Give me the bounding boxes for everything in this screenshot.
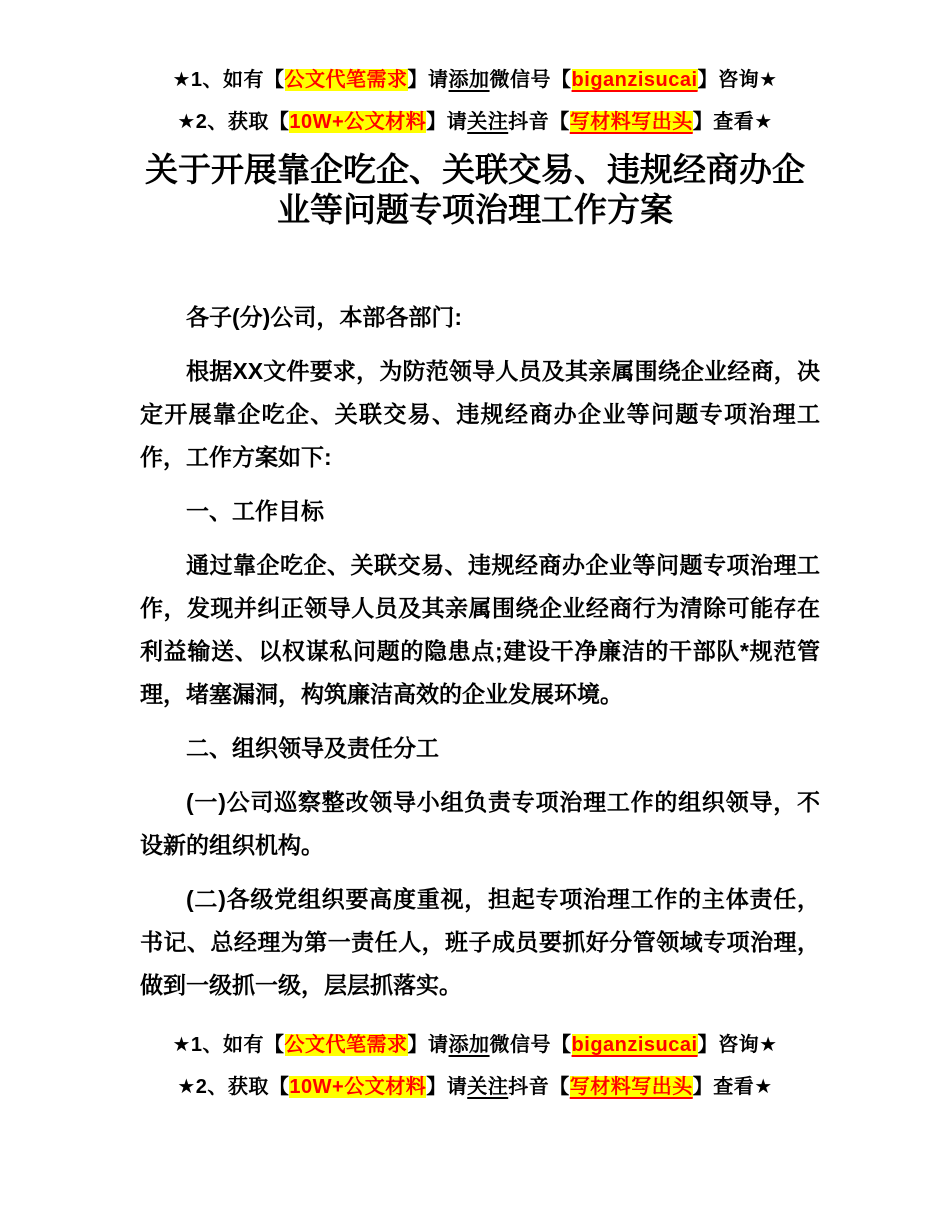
body-paragraph: 各子(分)公司，本部各部门:	[140, 296, 820, 339]
promo-segment: 微信号【	[490, 1034, 572, 1056]
promo-segment: ★1、如有【	[172, 69, 284, 91]
promo-segment: 微信号【	[490, 69, 572, 91]
promo-line-1: ★1、如有【公文代笔需求】请添加微信号【biganzisucai】咨询★	[0, 59, 950, 101]
promo-segment: ★1、如有【	[172, 1034, 284, 1056]
promo-segment: 】咨询★	[698, 1034, 778, 1056]
promo-segment: ★2、获取【	[177, 1076, 289, 1098]
promo-segment: 添加	[449, 1034, 490, 1056]
promo-segment: 】请	[426, 111, 467, 133]
document-title: 关于开展靠企吃企、关联交易、违规经商办企 业等问题专项治理工作方案	[125, 150, 825, 230]
promo-segment: 】咨询★	[698, 69, 778, 91]
promo-segment: 】请	[408, 69, 449, 91]
promo-segment: 10W+公文材料	[289, 111, 426, 133]
promo-segment: 】请	[426, 1076, 467, 1098]
body-paragraph: (二)各级党组织要高度重视，担起专项治理工作的主体责任，书记、总经理为第一责任人…	[140, 878, 820, 1007]
promo-segment: 】请	[408, 1034, 449, 1056]
promo-segment: biganzisucai	[572, 1034, 698, 1056]
body-paragraph: 通过靠企吃企、关联交易、违规经商办企业等问题专项治理工作，发现并纠正领导人员及其…	[140, 544, 820, 716]
promo-segment: 10W+公文材料	[289, 1076, 426, 1098]
promo-segment: 】查看★	[693, 111, 773, 133]
document-title-line2: 业等问题专项治理工作方案	[125, 190, 825, 230]
promo-segment: 】查看★	[693, 1076, 773, 1098]
body-paragraph: (一)公司巡察整改领导小组负责专项治理工作的组织领导，不设新的组织机构。	[140, 781, 820, 867]
promo-segment: 抖音【	[508, 1076, 570, 1098]
document-body: 各子(分)公司，本部各部门:根据XX文件要求，为防范领导人员及其亲属围绕企业经商…	[140, 296, 820, 1007]
promo-segment: 写材料写出头	[570, 111, 693, 133]
document-title-line1: 关于开展靠企吃企、关联交易、违规经商办企	[125, 150, 825, 190]
promo-segment: 抖音【	[508, 111, 570, 133]
promo-line-2: ★2、获取【10W+公文材料】请关注抖音【写材料写出头】查看★	[0, 101, 950, 143]
promo-segment: 关注	[467, 1076, 508, 1098]
promo-segment: 添加	[449, 69, 490, 91]
promo-segment: 关注	[467, 111, 508, 133]
document-page: ★1、如有【公文代笔需求】请添加微信号【biganzisucai】咨询★ ★2、…	[0, 0, 950, 1230]
promo-banner-bottom: ★1、如有【公文代笔需求】请添加微信号【biganzisucai】咨询★ ★2、…	[0, 1018, 950, 1108]
section-heading: 一、工作目标	[140, 490, 820, 533]
promo-segment: 公文代笔需求	[285, 1034, 408, 1056]
promo-line-2: ★2、获取【10W+公文材料】请关注抖音【写材料写出头】查看★	[0, 1066, 950, 1108]
promo-segment: 公文代笔需求	[285, 69, 408, 91]
promo-segment: biganzisucai	[572, 69, 698, 91]
promo-segment: 写材料写出头	[570, 1076, 693, 1098]
body-paragraph: 根据XX文件要求，为防范领导人员及其亲属围绕企业经商，决定开展靠企吃企、关联交易…	[140, 350, 820, 479]
promo-banner-top: ★1、如有【公文代笔需求】请添加微信号【biganzisucai】咨询★ ★2、…	[0, 0, 950, 143]
promo-line-1: ★1、如有【公文代笔需求】请添加微信号【biganzisucai】咨询★	[0, 1024, 950, 1066]
section-heading: 二、组织领导及责任分工	[140, 727, 820, 770]
promo-segment: ★2、获取【	[177, 111, 289, 133]
